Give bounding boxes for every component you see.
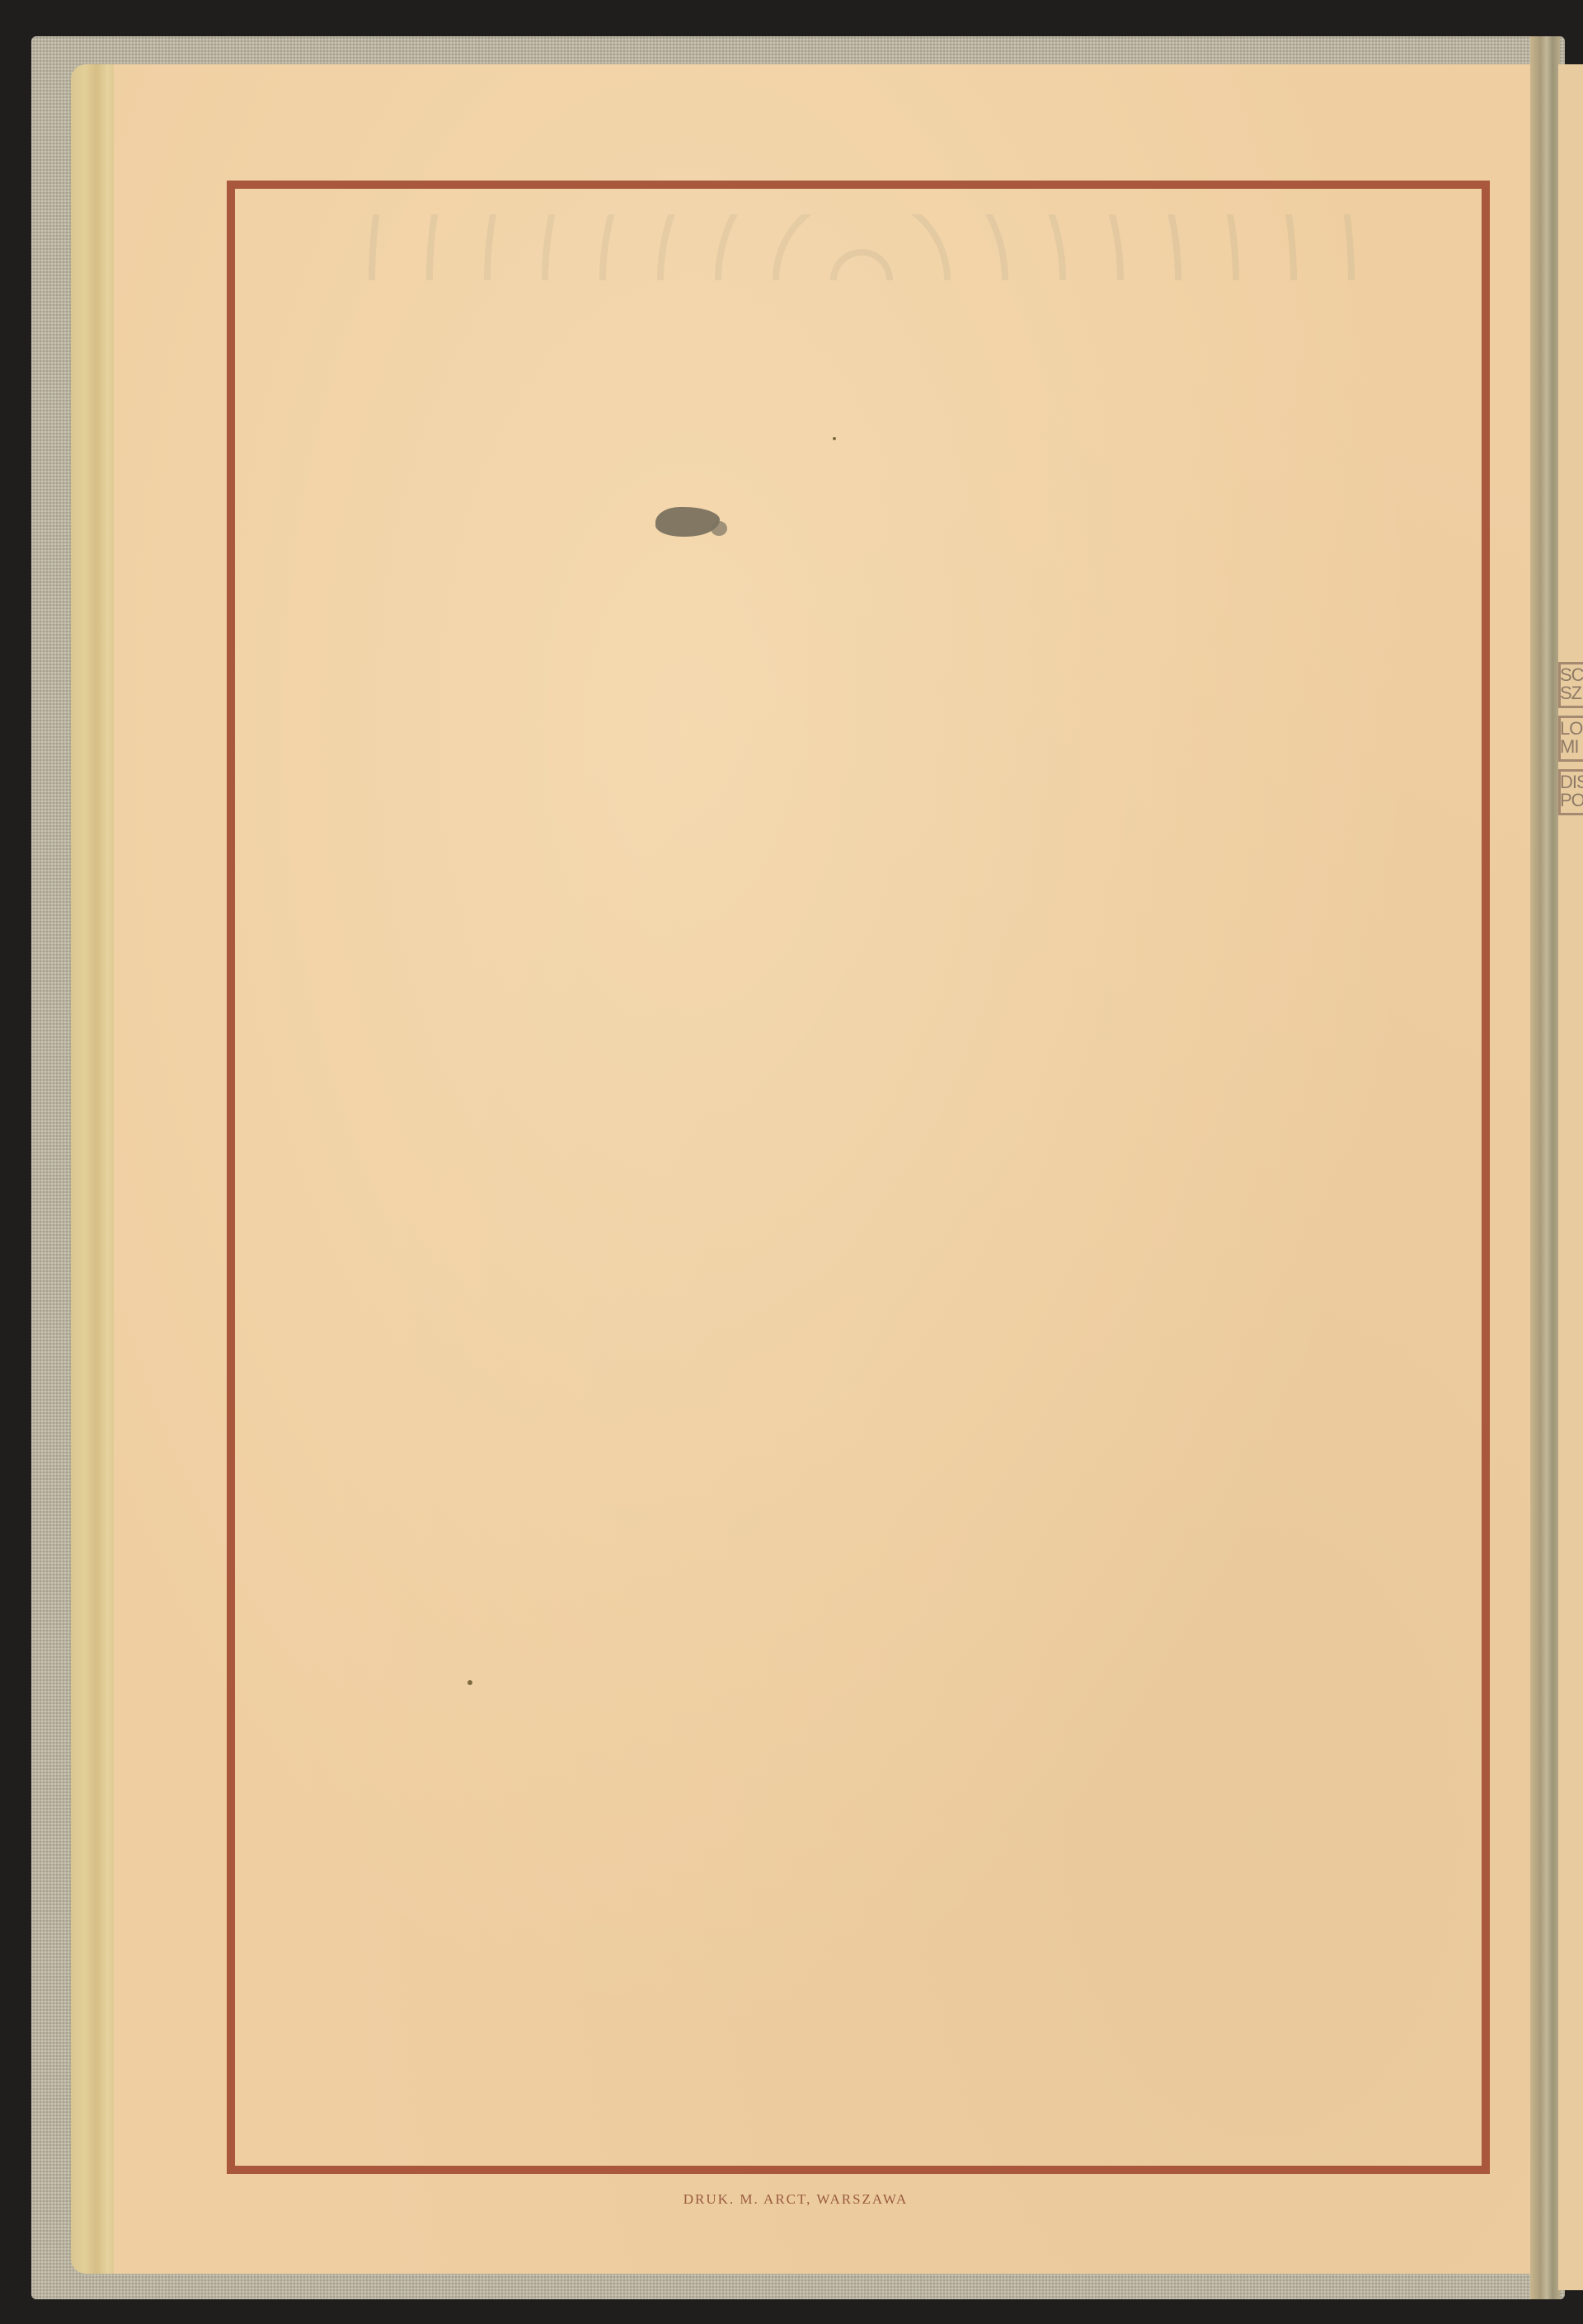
paper-speck — [467, 1680, 472, 1685]
adjacent-fragment-2a: LO — [1560, 720, 1582, 738]
paper-speck — [833, 437, 836, 440]
decorative-border-frame — [227, 181, 1490, 2174]
ink-stain-small — [711, 521, 727, 536]
adjacent-fragment-3a: DIS — [1560, 773, 1583, 791]
imprint-text: DRUK. M. ARCT, WARSZAWA — [683, 2191, 909, 2207]
adjacent-page-edge: SCH SZ LO MI DIS PO — [1558, 64, 1583, 2290]
adjacent-fragment-2b: MI — [1560, 738, 1578, 756]
adjacent-fragment-1b: SZ — [1560, 684, 1581, 702]
adjacent-fragment-3b: PO — [1560, 791, 1583, 810]
binding-gutter — [1530, 36, 1560, 2299]
printer-imprint: DRUK. M. ARCT, WARSZAWA — [0, 2191, 1583, 2208]
page-fore-edge — [71, 64, 117, 2274]
adjacent-fragment-1a: SCH — [1560, 666, 1583, 684]
